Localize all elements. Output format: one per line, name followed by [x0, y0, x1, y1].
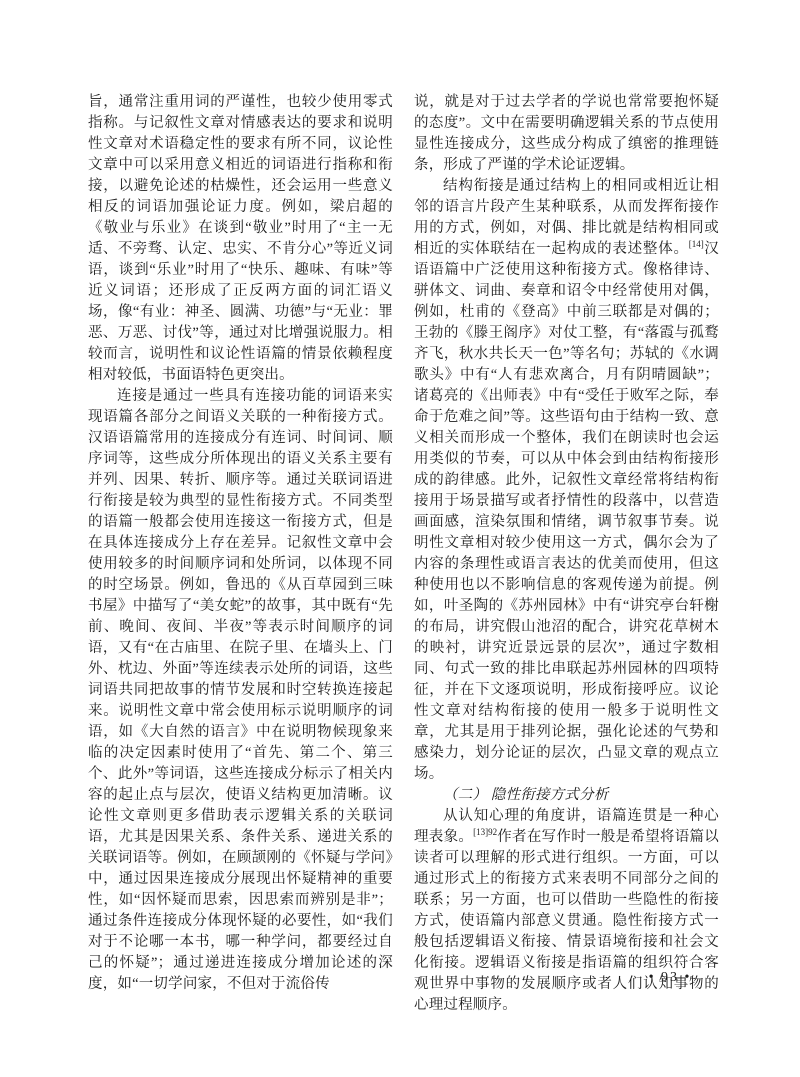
- text-run: （二） 隐性衔接方式分析: [443, 787, 609, 803]
- body-paragraph: 说，就是对于过去学者的学说也常常要抱怀疑的态度”。文中在需要明确逻辑关系的节点使…: [414, 92, 719, 176]
- text-run: 结构衔接是通过结构上的相同或相近让相邻的语言片段产生某种联系，从而发挥衔接作用的…: [414, 178, 719, 257]
- text-run: 旨，通常注重用词的严谨性，也较少使用零式指称。与记叙性文章对情感表达的要求和说明…: [88, 94, 393, 383]
- text-column-right: 说，就是对于过去学者的学说也常常要抱怀疑的态度”。文中在需要明确逻辑关系的节点使…: [414, 92, 719, 1016]
- body-paragraph: 结构衔接是通过结构上的相同或相近让相邻的语言片段产生某种联系，从而发挥衔接作用的…: [414, 176, 719, 785]
- body-paragraph: 旨，通常注重用词的严谨性，也较少使用零式指称。与记叙性文章对情感表达的要求和说明…: [88, 92, 393, 386]
- citation-superscript: [13]92: [473, 827, 497, 837]
- two-column-text-area: 旨，通常注重用词的严谨性，也较少使用零式指称。与记叙性文章对情感表达的要求和说明…: [88, 92, 719, 1016]
- body-paragraph: 连接是通过一些具有连接功能的词语来实现语篇各部分之间语义关联的一种衔接方式。汉语…: [88, 386, 393, 995]
- text-run: 连接是通过一些具有连接功能的词语来实现语篇各部分之间语义关联的一种衔接方式。汉语…: [88, 388, 393, 992]
- journal-page: 旨，通常注重用词的严谨性，也较少使用零式指称。与记叙性文章对情感表达的要求和说明…: [0, 0, 800, 1077]
- page-number: • 93 •: [604, 970, 736, 986]
- citation-superscript: [14]: [689, 239, 704, 249]
- text-column-left: 旨，通常注重用词的严谨性，也较少使用零式指称。与记叙性文章对情感表达的要求和说明…: [88, 92, 393, 1016]
- section-heading: （二） 隐性衔接方式分析: [414, 785, 719, 806]
- text-run: 汉语语篇中广泛使用这种衔接方式。像格律诗、骈体文、词曲、奏章和诏令中经常使用对偶…: [414, 241, 719, 782]
- text-run: 说，就是对于过去学者的学说也常常要抱怀疑的态度”。文中在需要明确逻辑关系的节点使…: [414, 94, 719, 173]
